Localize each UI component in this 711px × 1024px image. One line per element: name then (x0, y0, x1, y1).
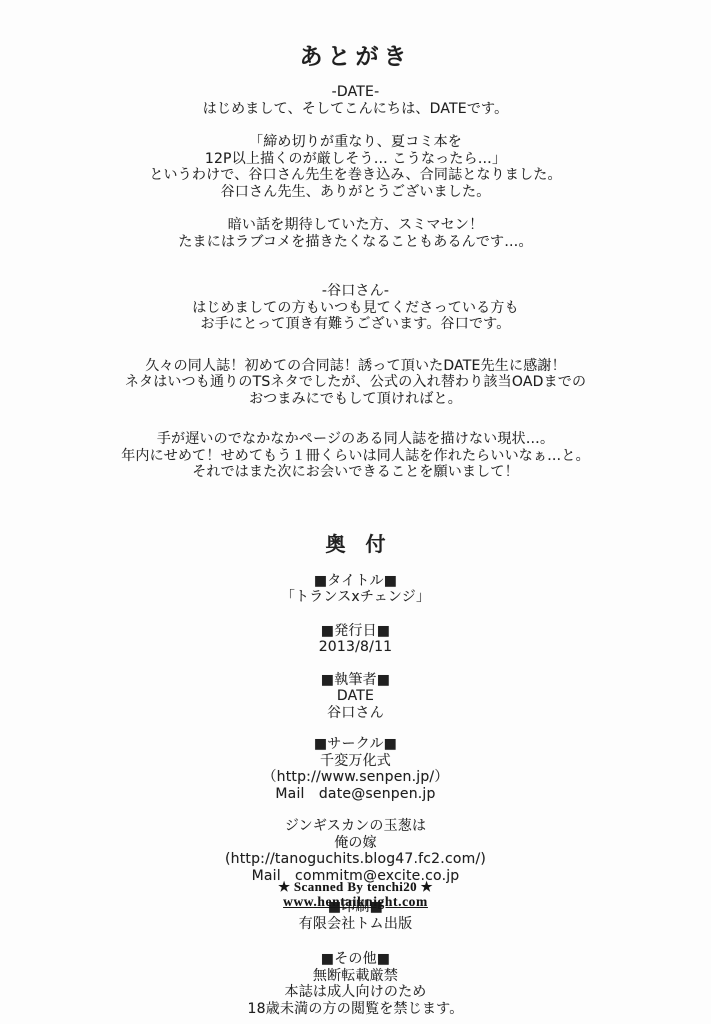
circle-name: 俺の嫁 (0, 835, 711, 852)
paragraph-line: 12P以上描くのが厳しそう… こうなったら…」 (0, 151, 711, 168)
circle-mail: Mail date@senpen.jp (0, 786, 711, 803)
author-name: DATE (0, 688, 711, 705)
notice-line: 18歳未満の方の閲覧を禁じます。 (0, 1001, 711, 1018)
taniguchi-heading: -谷口さん- (0, 283, 711, 300)
colophon-title: 奥 付 (0, 532, 711, 556)
scanner-credit: ★ Scanned By tenchi20 ★ (0, 880, 711, 895)
notice-line: 本誌は成人向けのため (0, 984, 711, 1001)
circle-url: (http://tanoguchits.blog47.fc2.com/) (0, 851, 711, 868)
colophon-circle2-entry: ジンギスカンの玉葱は 俺の嫁 (http://tanoguchits.blog4… (0, 818, 711, 884)
scanner-site-url: www.hentaiknight.com (0, 895, 711, 910)
taniguchi-paragraph-2: 久々の同人誌！初めての合同誌！誘って頂いたDATE先生に感謝！ ネタはいつも通り… (0, 358, 711, 408)
paragraph-line: それではまた次にお会いできることを願いまして！ (0, 464, 711, 481)
taniguchi-paragraph-3: 手が遅いのでなかなかページのある同人誌を描けない現状…。 年内にせめて！せめても… (0, 431, 711, 481)
paragraph-line: 暗い話を期待していた方、スミマセン！ (0, 217, 711, 234)
date-heading: -DATE- (0, 84, 711, 101)
afterword-date-block: -DATE- はじめまして、そしてこんにちは、DATEです。 (0, 84, 711, 117)
paragraph-line: おつまみにでもして頂ければと。 (0, 391, 711, 408)
printer-name: 有限会社トム出版 (0, 916, 711, 933)
paragraph-line: たまにはラブコメを描きたくなることもあるんです…。 (0, 234, 711, 251)
paragraph-line: お手にとって頂き有難うございます。谷口です。 (0, 316, 711, 333)
colophon-heading: ■その他■ (0, 951, 711, 968)
afterword-section: あとがき -DATE- はじめまして、そしてこんにちは、DATEです。 「締め切… (0, 0, 711, 481)
colophon-other-entry: ■その他■ 無断転載厳禁 本誌は成人向けのため 18歳未満の方の閲覧を禁じます。 (0, 951, 711, 1017)
book-title: 「トランスxチェンジ」 (0, 589, 711, 606)
paragraph-line: 「締め切りが重なり、夏コミ本を (0, 134, 711, 151)
colophon-authors-entry: ■執筆者■ DATE 谷口さん (0, 672, 711, 722)
paragraph-line: 年内にせめて！せめてもう１冊くらいは同人誌を作れたらいいなぁ…と。 (0, 448, 711, 465)
date-intro-line: はじめまして、そしてこんにちは、DATEです。 (0, 101, 711, 118)
colophon-title-entry: ■タイトル■ 「トランスxチェンジ」 (0, 573, 711, 606)
colophon-section: 奥 付 ■タイトル■ 「トランスxチェンジ」 ■発行日■ 2013/8/11 ■… (0, 532, 711, 1018)
date-paragraph-1: 「締め切りが重なり、夏コミ本を 12P以上描くのが厳しそう… こうなったら…」 … (0, 134, 711, 200)
circle-name: 千変万化式 (0, 753, 711, 770)
paragraph-line: 谷口さん先生、ありがとうございました。 (0, 184, 711, 201)
paragraph-line: 久々の同人誌！初めての合同誌！誘って頂いたDATE先生に感謝！ (0, 358, 711, 375)
colophon-heading: ■執筆者■ (0, 672, 711, 689)
colophon-circle-entry: ■サークル■ 千変万化式 （http://www.senpen.jp/） Mai… (0, 736, 711, 802)
colophon-date-entry: ■発行日■ 2013/8/11 (0, 623, 711, 656)
scanned-page: あとがき -DATE- はじめまして、そしてこんにちは、DATEです。 「締め切… (0, 0, 711, 1024)
colophon-heading: ■発行日■ (0, 623, 711, 640)
notice-line: 無断転載厳禁 (0, 968, 711, 985)
publish-date: 2013/8/11 (0, 639, 711, 656)
paragraph-line: ネタはいつも通りのTSネタでしたが、公式の入れ替わり該当OADまでの (0, 374, 711, 391)
afterword-taniguchi-block: -谷口さん- はじめましての方もいつも見てくださっている方も お手にとって頂き有… (0, 283, 711, 333)
paragraph-line: はじめましての方もいつも見てくださっている方も (0, 300, 711, 317)
paragraph-line: 手が遅いのでなかなかページのある同人誌を描けない現状…。 (0, 431, 711, 448)
circle-url: （http://www.senpen.jp/） (0, 769, 711, 786)
colophon-heading: ■サークル■ (0, 736, 711, 753)
date-paragraph-2: 暗い話を期待していた方、スミマセン！ たまにはラブコメを描きたくなることもあるん… (0, 217, 711, 250)
author-name: 谷口さん (0, 705, 711, 722)
scanner-watermark: ★ Scanned By tenchi20 ★ www.hentaiknight… (0, 880, 711, 909)
circle-name: ジンギスカンの玉葱は (0, 818, 711, 835)
paragraph-line: というわけで、谷口さん先生を巻き込み、合同誌となりました。 (0, 167, 711, 184)
colophon-heading: ■タイトル■ (0, 573, 711, 590)
afterword-title: あとがき (0, 44, 711, 70)
